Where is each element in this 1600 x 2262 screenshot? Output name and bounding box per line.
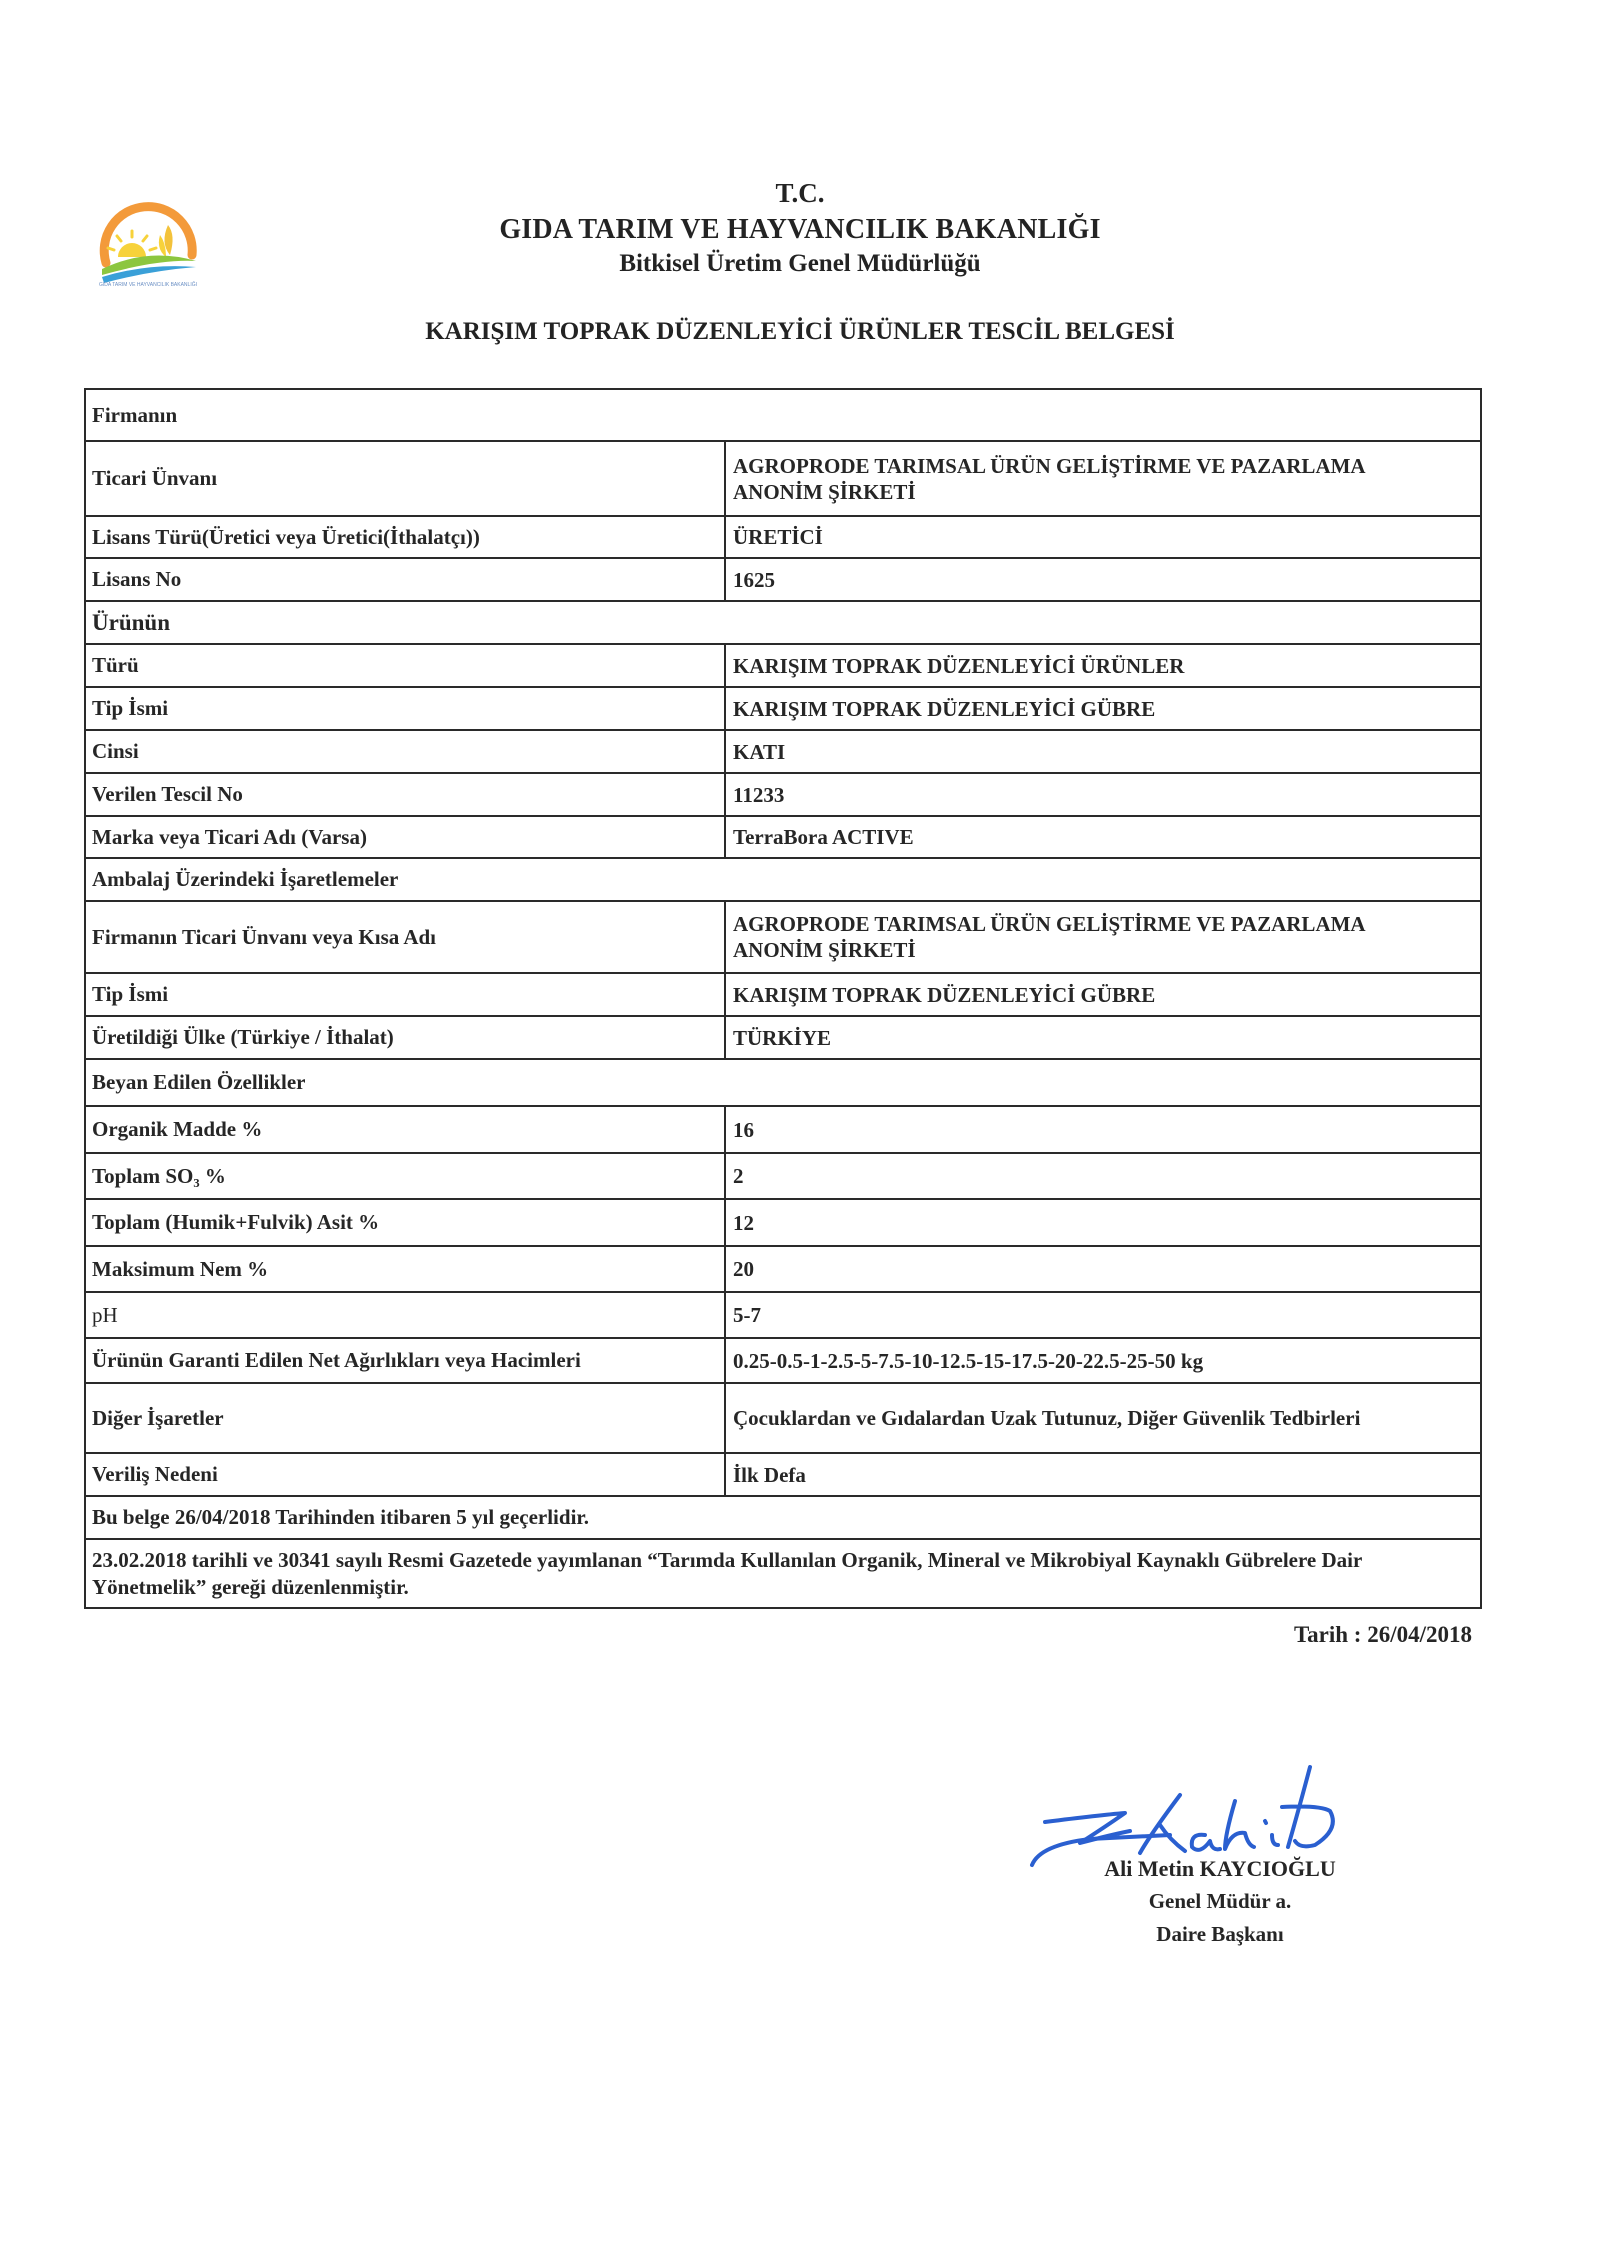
table-row: Toplam (Humik+Fulvik) Asit % 12: [86, 1200, 1480, 1247]
regulation-note: 23.02.2018 tarihli ve 30341 sayılı Resmi…: [86, 1540, 1480, 1607]
table-row: Verilen Tescil No 11233: [86, 774, 1480, 817]
field-value: AGROPRODE TARIMSAL ÜRÜN GELİŞTİRME VE PA…: [726, 442, 1480, 515]
field-value: KATI: [726, 731, 1480, 772]
field-value: ÜRETİCİ: [726, 517, 1480, 557]
table-row: Toplam SO₃ % 2: [86, 1154, 1480, 1200]
section-packaging-row: Ambalaj Üzerindeki İşaretlemeler: [86, 859, 1480, 902]
section-product-row: Ürünün: [86, 602, 1480, 645]
section-firm-row: Firmanın: [86, 390, 1480, 442]
header-ministry: GIDA TARIM VE HAYVANCILIK BAKANLIĞI: [0, 214, 1600, 246]
field-value: 11233: [726, 774, 1480, 815]
field-label: Cinsi: [86, 731, 726, 772]
field-label: Maksimum Nem %: [86, 1247, 726, 1291]
field-value: TÜRKİYE: [726, 1017, 1480, 1058]
field-label: Diğer İşaretler: [86, 1384, 726, 1452]
signer-name: Ali Metin KAYCIOĞLU: [1070, 1852, 1370, 1885]
table-row: Türü KARIŞIM TOPRAK DÜZENLEYİCİ ÜRÜNLER: [86, 645, 1480, 688]
section-declared-label: Beyan Edilen Özellikler: [86, 1060, 1480, 1105]
field-value: İlk Defa: [726, 1454, 1480, 1495]
table-row: Lisans No 1625: [86, 559, 1480, 602]
field-label: Organik Madde %: [86, 1107, 726, 1152]
table-row: Maksimum Nem % 20: [86, 1247, 1480, 1293]
header-country: T.C.: [0, 178, 1600, 209]
field-value: AGROPRODE TARIMSAL ÜRÜN GELİŞTİRME VE PA…: [726, 902, 1480, 972]
field-value: TerraBora ACTIVE: [726, 817, 1480, 857]
field-value: Çocuklardan ve Gıdalardan Uzak Tutunuz, …: [726, 1384, 1480, 1452]
table-row: Üretildiği Ülke (Türkiye / İthalat) TÜRK…: [86, 1017, 1480, 1060]
table-row: Tip İsmi KARIŞIM TOPRAK DÜZENLEYİCİ GÜBR…: [86, 974, 1480, 1017]
field-value: 1625: [726, 559, 1480, 600]
issue-date: Tarih : 26/04/2018: [1294, 1622, 1472, 1648]
field-label: pH: [86, 1293, 726, 1337]
field-label: Tip İsmi: [86, 974, 726, 1015]
field-value: KARIŞIM TOPRAK DÜZENLEYİCİ GÜBRE: [726, 688, 1480, 729]
field-value: 0.25-0.5-1-2.5-5-7.5-10-12.5-15-17.5-20-…: [726, 1339, 1480, 1382]
field-label: Veriliş Nedeni: [86, 1454, 726, 1495]
field-label: Türü: [86, 645, 726, 686]
field-label: Tip İsmi: [86, 688, 726, 729]
field-label: Lisans Türü(Üretici veya Üretici(İthalat…: [86, 517, 726, 557]
table-row: Lisans Türü(Üretici veya Üretici(İthalat…: [86, 517, 1480, 559]
validity-note: Bu belge 26/04/2018 Tarihinden itibaren …: [86, 1497, 1480, 1538]
table-row: Diğer İşaretler Çocuklardan ve Gıdalarda…: [86, 1384, 1480, 1454]
signer-block: Ali Metin KAYCIOĞLU Genel Müdür a. Daire…: [1070, 1852, 1370, 1951]
section-packaging-label: Ambalaj Üzerindeki İşaretlemeler: [86, 859, 1480, 900]
logo-caption: GIDA TARIM VE HAYVANCILIK BAKANLIĞI: [88, 282, 208, 289]
section-declared-row: Beyan Edilen Özellikler: [86, 1060, 1480, 1107]
field-label: Toplam (Humik+Fulvik) Asit %: [86, 1200, 726, 1245]
table-row: Firmanın Ticari Ünvanı veya Kısa Adı AGR…: [86, 902, 1480, 974]
field-value: 5-7: [726, 1293, 1480, 1337]
field-value: 2: [726, 1154, 1480, 1198]
validity-note-row: Bu belge 26/04/2018 Tarihinden itibaren …: [86, 1497, 1480, 1540]
field-label: Ürünün Garanti Edilen Net Ağırlıkları ve…: [86, 1339, 726, 1382]
field-value: 12: [726, 1200, 1480, 1245]
signer-title-1: Genel Müdür a.: [1070, 1885, 1370, 1918]
document-title: KARIŞIM TOPRAK DÜZENLEYİCİ ÜRÜNLER TESCİ…: [0, 318, 1600, 346]
section-firm-label: Firmanın: [86, 390, 1480, 440]
registration-table: Firmanın Ticari Ünvanı AGROPRODE TARIMSA…: [84, 388, 1482, 1609]
field-value: 16: [726, 1107, 1480, 1152]
section-product-label: Ürünün: [86, 602, 1480, 643]
field-label: Lisans No: [86, 559, 726, 600]
field-label: Toplam SO₃ %: [86, 1154, 726, 1198]
field-label: Verilen Tescil No: [86, 774, 726, 815]
field-label: Firmanın Ticari Ünvanı veya Kısa Adı: [86, 902, 726, 972]
table-row: pH 5-7: [86, 1293, 1480, 1339]
field-label: Ticari Ünvanı: [86, 442, 726, 515]
field-value: KARIŞIM TOPRAK DÜZENLEYİCİ GÜBRE: [726, 974, 1480, 1015]
field-label: Marka veya Ticari Adı (Varsa): [86, 817, 726, 857]
signer-title-2: Daire Başkanı: [1070, 1918, 1370, 1951]
table-row: Cinsi KATI: [86, 731, 1480, 774]
table-row: Ürünün Garanti Edilen Net Ağırlıkları ve…: [86, 1339, 1480, 1384]
field-value: 20: [726, 1247, 1480, 1291]
regulation-note-row: 23.02.2018 tarihli ve 30341 sayılı Resmi…: [86, 1540, 1480, 1607]
field-value: KARIŞIM TOPRAK DÜZENLEYİCİ ÜRÜNLER: [726, 645, 1480, 686]
table-row: Tip İsmi KARIŞIM TOPRAK DÜZENLEYİCİ GÜBR…: [86, 688, 1480, 731]
table-row: Veriliş Nedeni İlk Defa: [86, 1454, 1480, 1497]
field-label: Üretildiği Ülke (Türkiye / İthalat): [86, 1017, 726, 1058]
table-row: Marka veya Ticari Adı (Varsa) TerraBora …: [86, 817, 1480, 859]
table-row: Organik Madde % 16: [86, 1107, 1480, 1154]
header-department: Bitkisel Üretim Genel Müdürlüğü: [0, 250, 1600, 278]
table-row: Ticari Ünvanı AGROPRODE TARIMSAL ÜRÜN GE…: [86, 442, 1480, 517]
